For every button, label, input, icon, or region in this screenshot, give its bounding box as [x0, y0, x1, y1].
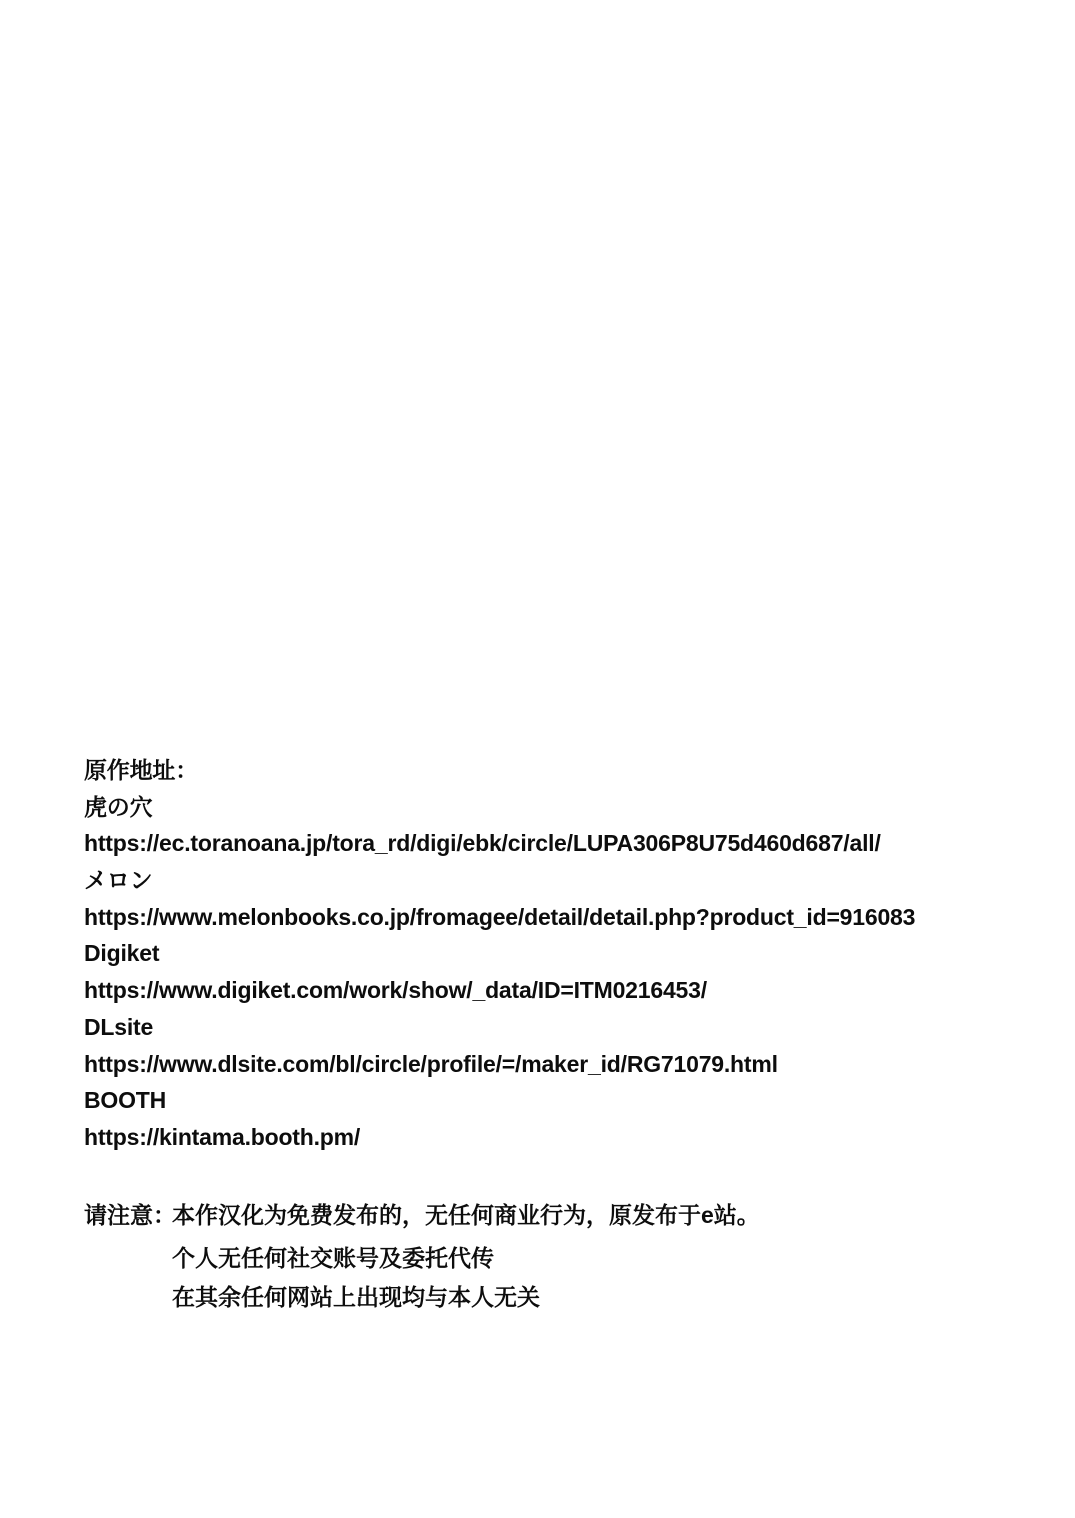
site-name-booth: BOOTH: [84, 1082, 915, 1119]
site-url-melonbooks: https://www.melonbooks.co.jp/fromagee/de…: [84, 899, 915, 936]
notice-line-3: 在其余任何网站上出现均与本人无关: [84, 1278, 760, 1317]
site-name-digiket: Digiket: [84, 935, 915, 972]
site-url-booth: https://kintama.booth.pm/: [84, 1119, 915, 1156]
site-name-toranoana: 虎の穴: [84, 789, 915, 826]
notice-text-1: 本作汉化为免费发布的，无任何商业行为，原发布于e站。: [172, 1202, 760, 1228]
site-name-melonbooks: メロン: [84, 862, 915, 899]
notice-section: 请注意：本作汉化为免费发布的，无任何商业行为，原发布于e站。 个人无任何社交账号…: [84, 1196, 760, 1317]
site-url-toranoana: https://ec.toranoana.jp/tora_rd/digi/ebk…: [84, 825, 915, 862]
source-heading: 原作地址：: [84, 752, 915, 789]
notice-line-2: 个人无任何社交账号及委托代传: [84, 1239, 760, 1278]
source-links-section: 原作地址： 虎の穴 https://ec.toranoana.jp/tora_r…: [84, 752, 915, 1156]
site-url-digiket: https://www.digiket.com/work/show/_data/…: [84, 972, 915, 1009]
site-name-dlsite: DLsite: [84, 1009, 915, 1046]
document-page: 原作地址： 虎の穴 https://ec.toranoana.jp/tora_r…: [0, 0, 1075, 1518]
notice-label: 请注意：: [84, 1196, 172, 1235]
site-url-dlsite: https://www.dlsite.com/bl/circle/profile…: [84, 1046, 915, 1083]
notice-line-1: 请注意：本作汉化为免费发布的，无任何商业行为，原发布于e站。: [84, 1196, 760, 1235]
